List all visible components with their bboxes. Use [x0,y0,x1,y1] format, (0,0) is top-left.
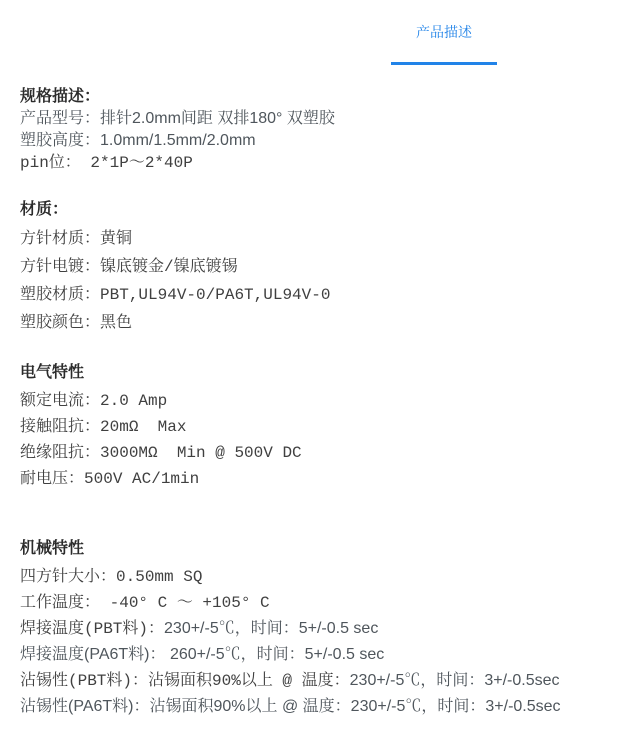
tab-product-description[interactable]: 产品描述 [391,18,497,65]
section-material: 材质： 方针材质：黄铜 方针电镀：镍底镀金/镍底镀锡 塑胶材质：PBT,UL94… [20,199,620,337]
product-description-content: 规格描述： 产品型号：排针2.0mm间距 双排180° 双塑胶 塑胶高度：1.0… [20,86,620,720]
active-tab-indicator [391,62,497,65]
row-operating-temperature: 工作温度： -40° C ～ +105° C [20,590,620,616]
row-plastic-color: 塑胶颜色：黑色 [20,309,620,337]
row-solderability-pa6t-label: 沾锡性(PA6T料)： [20,698,150,715]
tab-product-description-label: 产品描述 [416,18,472,40]
row-solderability-pbt-value: 230+/-5℃，时间：3+/-0.5sec [350,672,560,689]
row-solderability-pbt: 沾锡性(PBT料)：沾锡面积90%以上 @ 温度：230+/-5℃，时间：3+/… [20,668,620,694]
row-pin-plating: 方针电镀：镍底镀金/镍底镀锡 [20,253,620,281]
row-plastic-height-label: 塑胶高度： [20,132,100,149]
section-electrical-title: 电气特性 [20,362,620,384]
row-soldering-temp-pa6t-label: 焊接温度(PA6T料)： [20,646,166,663]
row-soldering-temp-pbt: 焊接温度(PBT料)：230+/-5℃，时间：5+/-0.5 sec [20,616,620,642]
row-operating-temperature-value: -40° C ～ +105° C [100,594,270,612]
section-electrical: 电气特性 额定电流：2.0 Amp 接触阻抗：20mΩ Max 绝缘阻抗：300… [20,362,620,492]
row-plastic-color-value: 黑色 [100,314,132,332]
row-square-pin-size-value: 0.50mm SQ [116,568,202,586]
row-contact-resistance: 接触阻抗：20mΩ Max [20,414,620,440]
row-withstand-voltage-value: 500V AC/1min [84,470,199,488]
row-withstand-voltage-label: 耐电压： [20,470,84,488]
row-pin-material: 方针材质：黄铜 [20,225,620,253]
row-solderability-pa6t-value: 230+/-5℃，时间：3+/-0.5sec [351,698,561,715]
row-solderability-pa6t-condition: 沾锡面积90%以上 @ 温度： [150,698,351,715]
row-plastic-material-label: 塑胶材质： [20,286,100,304]
row-solderability-pbt-condition: 沾锡面积90%以上 @ 温度： [148,672,350,690]
section-mechanical: 机械特性 四方针大小：0.50mm SQ 工作温度： -40° C ～ +105… [20,538,620,720]
section-material-title: 材质： [20,199,620,221]
section-mechanical-title: 机械特性 [20,538,620,560]
row-pin-plating-value: 镍底镀金/镍底镀锡 [100,258,238,276]
row-rated-current: 额定电流：2.0 Amp [20,388,620,414]
row-withstand-voltage: 耐电压：500V AC/1min [20,466,620,492]
row-plastic-height-value: 1.0mm/1.5mm/2.0mm [100,132,256,149]
row-insulation-resistance-value: 3000MΩ Min @ 500V DC [100,444,302,462]
row-insulation-resistance: 绝缘阻抗：3000MΩ Min @ 500V DC [20,440,620,466]
row-contact-resistance-value: 20mΩ Max [100,418,186,436]
row-product-model-value: 排针2.0mm间距 双排180° 双塑胶 [100,110,335,127]
row-plastic-material: 塑胶材质：PBT,UL94V-0/PA6T,UL94V-0 [20,281,620,309]
row-pin-positions-label: pin位： [20,154,81,172]
row-pin-plating-label: 方针电镀： [20,258,100,276]
section-spec-title: 规格描述： [20,86,620,108]
row-insulation-resistance-label: 绝缘阻抗： [20,444,100,462]
row-solderability-pbt-label: 沾锡性(PBT料)： [20,672,148,690]
row-product-model-label: 产品型号： [20,110,100,127]
row-contact-resistance-label: 接触阻抗： [20,418,100,436]
row-square-pin-size-label: 四方针大小： [20,568,116,586]
row-soldering-temp-pa6t: 焊接温度(PA6T料)： 260+/-5℃，时间：5+/-0.5 sec [20,642,620,668]
row-square-pin-size: 四方针大小：0.50mm SQ [20,564,620,590]
row-soldering-temp-pbt-value: 230+/-5℃，时间：5+/-0.5 sec [164,620,378,637]
row-solderability-pa6t: 沾锡性(PA6T料)：沾锡面积90%以上 @ 温度：230+/-5℃，时间：3+… [20,694,620,720]
row-rated-current-label: 额定电流： [20,392,100,410]
row-soldering-temp-pbt-label: 焊接温度(PBT料)： [20,620,164,638]
row-soldering-temp-pa6t-value: 260+/-5℃，时间：5+/-0.5 sec [166,646,385,663]
row-rated-current-value: 2.0 Amp [100,392,167,410]
row-plastic-material-value: PBT,UL94V-0/PA6T,UL94V-0 [100,286,330,304]
row-pin-material-label: 方针材质： [20,230,100,248]
row-plastic-color-label: 塑胶颜色： [20,314,100,332]
row-pin-material-value: 黄铜 [100,230,132,248]
row-pin-positions-value: 2*1P～2*40P [81,154,193,172]
section-spec: 规格描述： 产品型号：排针2.0mm间距 双排180° 双塑胶 塑胶高度：1.0… [20,86,620,174]
row-plastic-height: 塑胶高度：1.0mm/1.5mm/2.0mm [20,130,620,152]
row-operating-temperature-label: 工作温度： [20,594,100,612]
row-product-model: 产品型号：排针2.0mm间距 双排180° 双塑胶 [20,108,620,130]
row-pin-positions: pin位： 2*1P～2*40P [20,152,620,174]
